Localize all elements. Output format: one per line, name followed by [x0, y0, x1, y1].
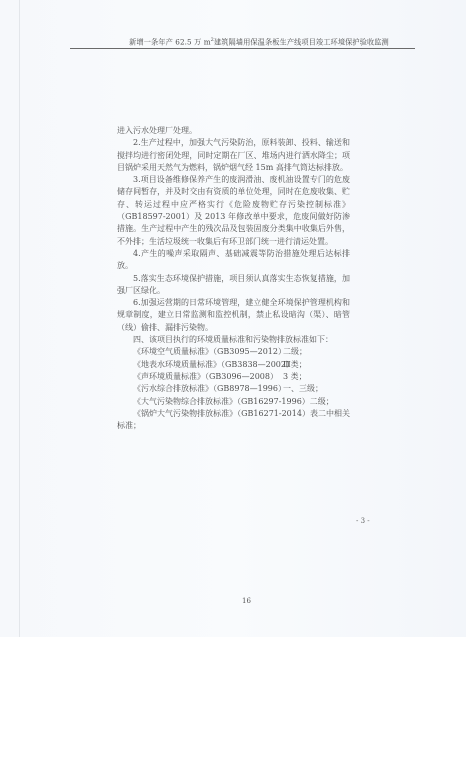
- standard-name: 《污水综合排放标准》（GB8978—1996）: [133, 383, 283, 395]
- running-header: 新增一条年产 62.5 万 m2建筑隔墙用保温条板生产线项目竣工环境保护验收监测: [104, 37, 414, 47]
- paragraph-item-5: 5.落实生态环境保护措施，项目须认真落实生态恢复措施，加强厂区绿化。: [117, 273, 350, 298]
- scan-edge: [19, 0, 20, 637]
- header-text-pre: 新增一条年产 62.5 万 m: [129, 37, 211, 46]
- header-rule: [70, 48, 415, 49]
- paragraph-item-6: 6.加强运营期的日常环境管理，建立健全环境保护管理机构和规章制度，建立日常监测和…: [117, 297, 350, 334]
- standard-level: 一、三级；: [283, 383, 323, 395]
- scanned-page: 新增一条年产 62.5 万 m2建筑隔墙用保温条板生产线项目竣工环境保护验收监测…: [0, 0, 466, 637]
- standard-row: 《地表水环境质量标准》（GB3838—2002）Ⅲ类；: [117, 359, 350, 371]
- paragraph-item-2: 2.生产过程中，加强大气污染防治，原料装卸、投料、输送和搅拌均进行密闭处理，同时…: [117, 137, 350, 174]
- standard-name: 《声环境质量标准》（GB3096—2008）: [133, 371, 283, 383]
- paragraph-item-4: 4.产生的噪声采取隔声、基础减震等防治措施处理后达标排放。: [117, 248, 350, 273]
- section-four-heading: 四、该项目执行的环境质量标准和污染物排放标准如下：: [117, 334, 350, 346]
- paragraph-boiler-standard: 《锅炉大气污染物排放标准》（GB16271-2014）表二中相关标准；: [117, 408, 350, 433]
- standard-level: Ⅲ类；: [283, 359, 307, 371]
- standard-level: 3 类；: [283, 371, 307, 383]
- outer-page-number: 16: [242, 597, 251, 605]
- standard-row: 《大气污染物综合排放标准》（GB16297-1996）二级；: [117, 396, 350, 408]
- standard-row: 《声环境质量标准》（GB3096—2008）3 类；: [117, 371, 350, 383]
- paragraph-item-3: 3.项目设备维修保养产生的废润滑油、废机油设置专门的危废储存间暂存，并及时交由有…: [117, 174, 350, 248]
- standard-level: 二级；: [310, 396, 334, 408]
- inner-page-number: - 3 -: [356, 517, 370, 525]
- standard-name: 《环境空气质量标准》（GB3095—2012）: [133, 346, 283, 358]
- header-text-post: 建筑隔墙用保温条板生产线项目竣工环境保护验收监测: [214, 37, 389, 46]
- standard-name: 《地表水环境质量标准》（GB3838—2002）: [133, 359, 283, 371]
- paragraph-continuation: 进入污水处理厂处理。: [117, 125, 350, 137]
- standard-row: 《环境空气质量标准》（GB3095—2012）二级；: [117, 346, 350, 358]
- standard-name: 《大气污染物综合排放标准》（GB16297-1996）: [133, 396, 310, 408]
- standard-level: 二级；: [283, 346, 307, 358]
- standard-row: 《污水综合排放标准》（GB8978—1996）一、三级；: [117, 383, 350, 395]
- body-text: 进入污水处理厂处理。 2.生产过程中，加强大气污染防治，原料装卸、投料、输送和搅…: [117, 125, 350, 432]
